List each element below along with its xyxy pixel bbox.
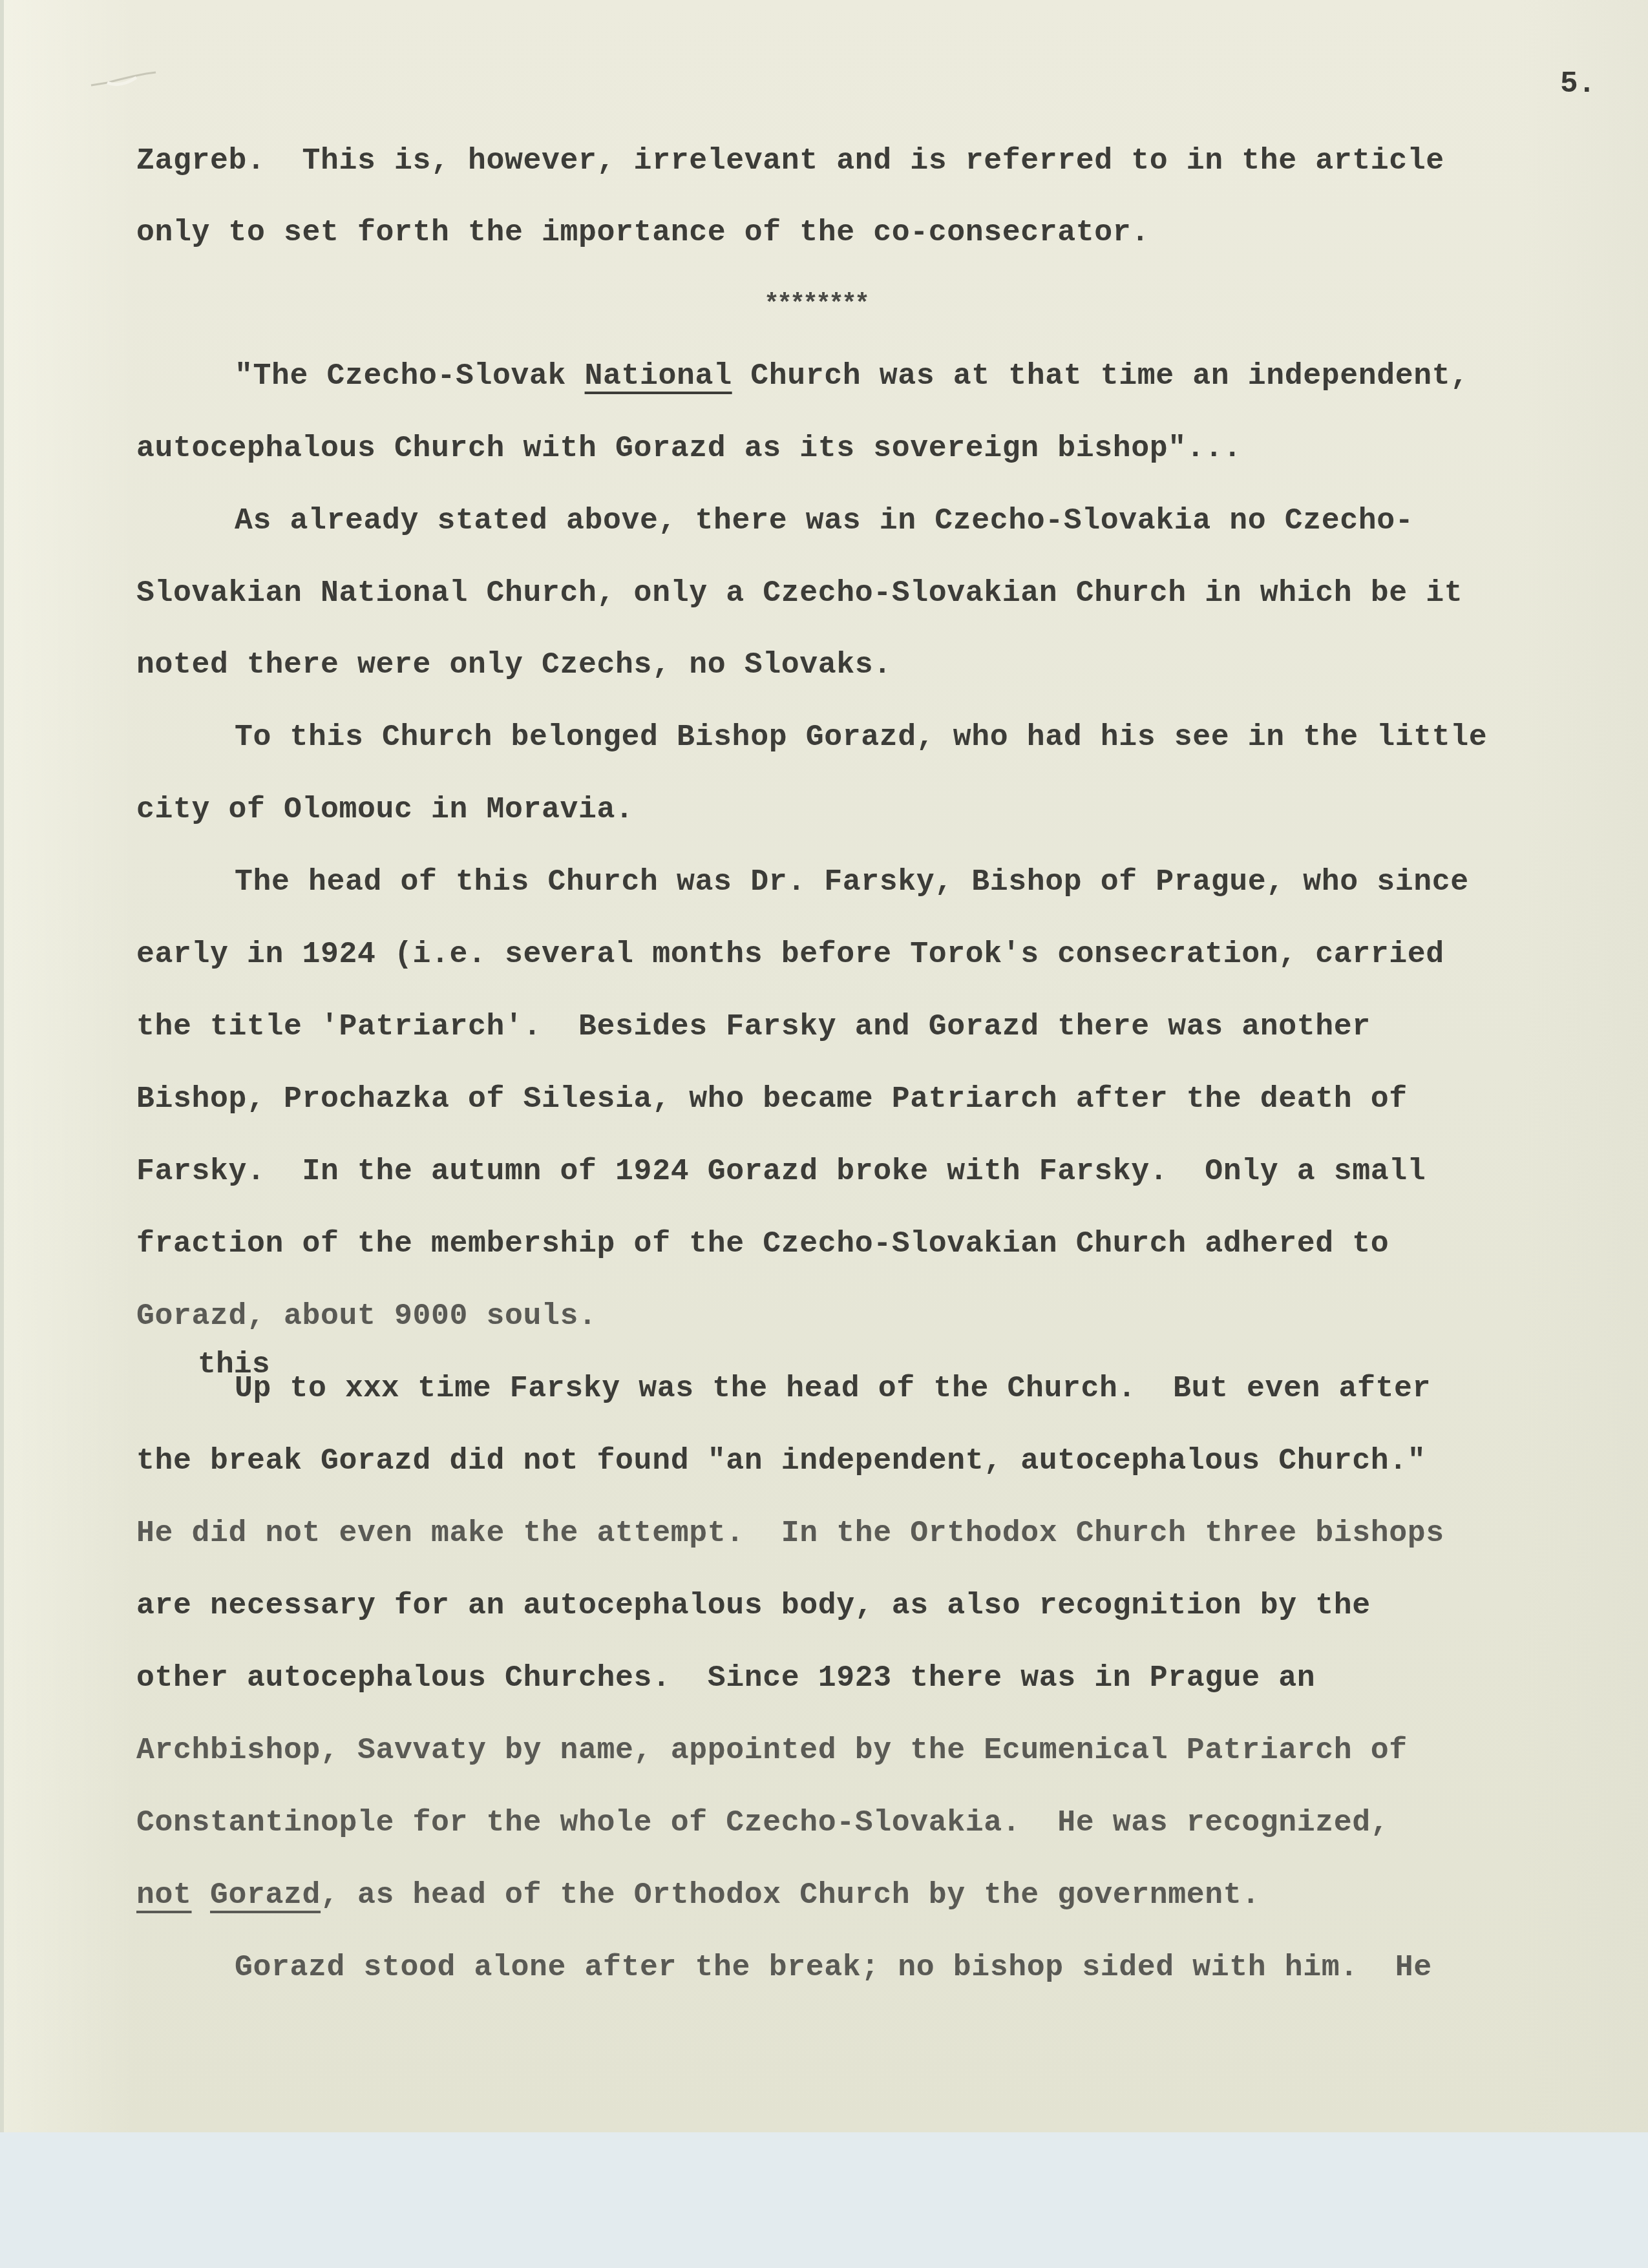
text-line: The head of this Church was Dr. Farsky, …: [235, 865, 1469, 899]
text-line: noted there were only Czechs, no Slovaks…: [136, 647, 892, 682]
text-line: Up to xxx time Farsky was the head of th…: [235, 1371, 1431, 1405]
text-line: are necessary for an autocephalous body,…: [136, 1588, 1371, 1622]
underlined-word-gorazd: Gorazd: [210, 1878, 321, 1912]
paper-sheet: 5. ******** this Zagreb. This is, howeve…: [0, 0, 1648, 2132]
text-line: Gorazd stood alone after the break; no b…: [235, 1950, 1432, 1984]
text-line: the title 'Patriarch'. Besides Farsky an…: [136, 1009, 1371, 1044]
scanner-bed: [0, 2132, 1648, 2268]
quote-rest: Church was at that time an independent,: [732, 359, 1469, 393]
page-number: 5.: [1560, 67, 1596, 101]
quote-start: "The Czecho-Slovak: [235, 359, 585, 393]
text-line: Zagreb. This is, however, irrelevant and…: [136, 143, 1444, 178]
text-line: To this Church belonged Bishop Gorazd, w…: [235, 720, 1487, 754]
text-line: city of Olomouc in Moravia.: [136, 792, 634, 826]
text-line: He did not even make the attempt. In the…: [136, 1516, 1444, 1550]
text-line: Slovakian National Church, only a Czecho…: [136, 576, 1463, 610]
text-line: "The Czecho-Slovak National Church was a…: [235, 359, 1469, 393]
text-line: the break Gorazd did not found "an indep…: [136, 1444, 1426, 1478]
text-line: not Gorazd, as head of the Orthodox Chur…: [136, 1878, 1260, 1912]
text-line: Farsky. In the autumn of 1924 Gorazd bro…: [136, 1154, 1426, 1188]
text-line: early in 1924 (i.e. several months befor…: [136, 937, 1444, 971]
paper-tear-mark: [88, 71, 159, 90]
text-line: Archbishop, Savvaty by name, appointed b…: [136, 1733, 1408, 1767]
underlined-word-not: not: [136, 1878, 192, 1912]
text-line: Constantinople for the whole of Czecho-S…: [136, 1805, 1389, 1840]
underlined-word-national: National: [585, 359, 732, 393]
text-line: autocephalous Church with Gorazd as its …: [136, 431, 1241, 465]
text-line: Bishop, Prochazka of Silesia, who became…: [136, 1082, 1408, 1116]
line-rest: , as head of the Orthodox Church by the …: [321, 1878, 1260, 1912]
space: [192, 1878, 211, 1912]
line-start: Up to: [235, 1371, 345, 1405]
text-line: only to set forth the importance of the …: [136, 215, 1150, 249]
text-line: other autocephalous Churches. Since 1923…: [136, 1661, 1315, 1695]
asterisk-separator: ********: [764, 291, 867, 320]
text-line: fraction of the membership of the Czecho…: [136, 1226, 1389, 1261]
text-line: Gorazd, about 9000 souls.: [136, 1299, 597, 1333]
line-rest: time Farsky was the head of the Church. …: [399, 1371, 1431, 1405]
text-line: As already stated above, there was in Cz…: [235, 503, 1413, 538]
struck-out-word: xxx: [345, 1371, 399, 1405]
